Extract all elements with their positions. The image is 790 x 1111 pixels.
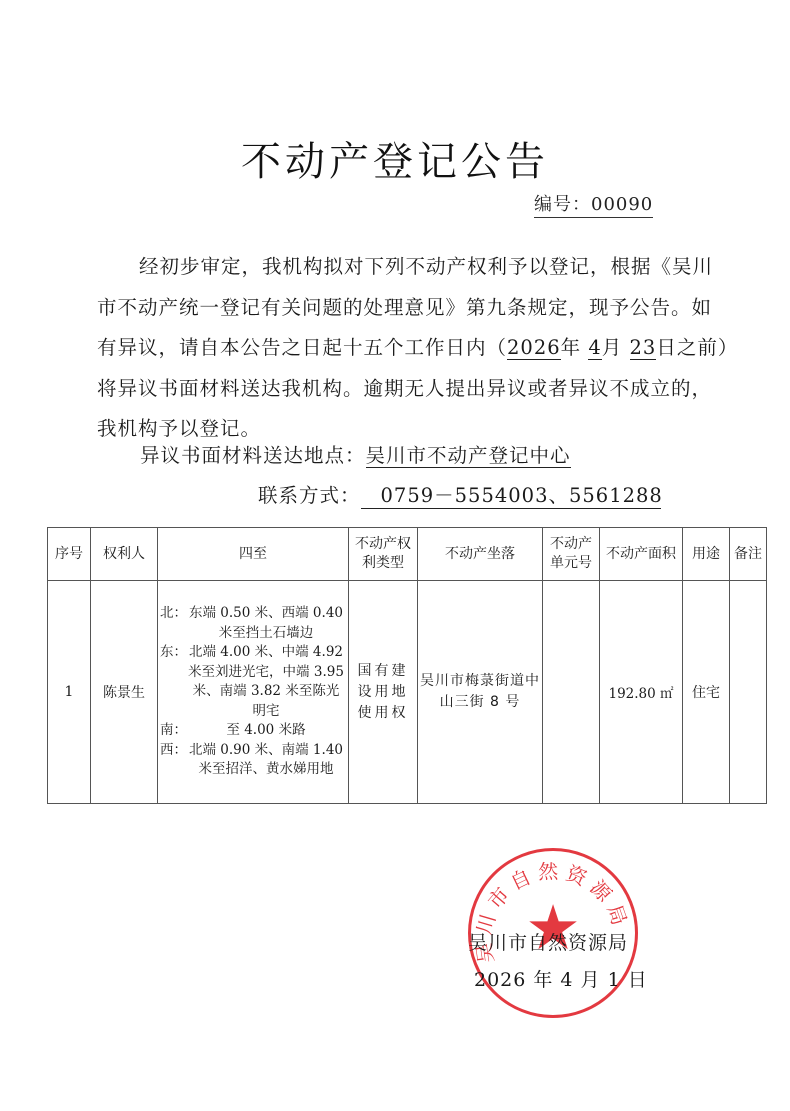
boundary-east-dir: 东： bbox=[160, 643, 186, 721]
body-line-1: 经初步审定，我机构拟对下列不动产权利予以登记，根据《吴川 bbox=[97, 247, 727, 288]
contact-info: 联系方式：0759－5554003、5561288 bbox=[258, 480, 661, 509]
objection-address-value: 吴川市不动产登记中心 bbox=[366, 444, 571, 468]
boundary-north-dir: 北： bbox=[160, 604, 186, 643]
signing-organization: 吴川市自然资源局 bbox=[468, 928, 628, 955]
header-unit-no: 不动产单元号 bbox=[543, 528, 600, 581]
header-note: 备注 bbox=[730, 528, 767, 581]
boundary-east-text: 北端 4.00 米、中端 4.92 米至刘进光宅，中端 3.95 米、南端 3.… bbox=[186, 643, 346, 721]
deadline-month: 4 bbox=[588, 336, 601, 360]
header-right-type-line2: 利类型 bbox=[362, 555, 404, 571]
cell-unit-no bbox=[543, 581, 600, 804]
body-line-3-prefix: 有异议，请自本公告之日起十五个工作日内（ bbox=[97, 336, 507, 359]
boundary-south-dir: 南： bbox=[160, 721, 186, 741]
body-line-2: 市不动产统一登记有关问题的处理意见》第九条规定，现予公告。如 bbox=[97, 288, 727, 329]
month-unit: 月 bbox=[602, 336, 623, 359]
registration-table: 序号 权利人 四至 不动产权利类型 不动产坐落 不动产单元号 不动产面积 用途 … bbox=[47, 527, 767, 804]
header-right-type: 不动产权利类型 bbox=[349, 528, 418, 581]
header-boundaries: 四至 bbox=[158, 528, 349, 581]
header-usage: 用途 bbox=[683, 528, 730, 581]
header-seq: 序号 bbox=[48, 528, 91, 581]
header-area: 不动产面积 bbox=[600, 528, 683, 581]
header-unit-line2: 单元号 bbox=[550, 555, 592, 571]
header-holder: 权利人 bbox=[91, 528, 158, 581]
cell-note bbox=[730, 581, 767, 804]
cell-boundaries: 北：东端 0.50 米、西端 0.40 米至挡土石墙边 东：北端 4.00 米、… bbox=[158, 581, 349, 804]
cell-location: 吴川市梅菉街道中山三街 8 号 bbox=[418, 581, 543, 804]
body-line-3: 有异议，请自本公告之日起十五个工作日内（2026年 4月 23日之前） bbox=[97, 328, 727, 369]
deadline-day: 23 bbox=[630, 336, 657, 360]
boundary-east: 东：北端 4.00 米、中端 4.92 米至刘进光宅，中端 3.95 米、南端 … bbox=[160, 643, 346, 721]
table-row: 1 陈景生 北：东端 0.50 米、西端 0.40 米至挡土石墙边 东：北端 4… bbox=[48, 581, 767, 804]
header-unit-line1: 不动产 bbox=[550, 536, 592, 552]
boundary-south-text: 至 4.00 米路 bbox=[186, 721, 346, 741]
body-line-3-suffix: 日之前） bbox=[656, 336, 738, 359]
table-header-row: 序号 权利人 四至 不动产权利类型 不动产坐落 不动产单元号 不动产面积 用途 … bbox=[48, 528, 767, 581]
boundary-west-text: 北端 0.90 米、南端 1.40 米至招洋、黄水娣用地 bbox=[186, 741, 346, 780]
boundary-north-text: 东端 0.50 米、西端 0.40 米至挡土石墙边 bbox=[186, 604, 346, 643]
contact-label: 联系方式： bbox=[258, 484, 361, 507]
boundary-south: 南：至 4.00 米路 bbox=[160, 721, 346, 741]
document-number: 编号：00090 bbox=[534, 190, 653, 218]
header-right-type-line1: 不动产权 bbox=[355, 536, 411, 552]
year-unit: 年 bbox=[561, 336, 582, 359]
cell-usage: 住宅 bbox=[683, 581, 730, 804]
cell-area: 192.80 ㎡ bbox=[600, 581, 683, 804]
cell-holder: 陈景生 bbox=[91, 581, 158, 804]
objection-address-label: 异议书面材料送达地点： bbox=[140, 444, 366, 467]
contact-value: 0759－5554003、5561288 bbox=[361, 480, 661, 509]
boundary-north: 北：东端 0.50 米、西端 0.40 米至挡土石墙边 bbox=[160, 604, 346, 643]
announcement-body: 经初步审定，我机构拟对下列不动产权利予以登记，根据《吴川 市不动产统一登记有关问… bbox=[97, 247, 727, 450]
deadline-year: 2026 bbox=[507, 336, 561, 360]
cell-seq: 1 bbox=[48, 581, 91, 804]
signing-date: 2026 年 4 月 1 日 bbox=[474, 965, 648, 992]
objection-address: 异议书面材料送达地点：吴川市不动产登记中心 bbox=[140, 440, 571, 468]
boundary-west: 西：北端 0.90 米、南端 1.40 米至招洋、黄水娣用地 bbox=[160, 741, 346, 780]
body-line-4: 将异议书面材料送达我机构。逾期无人提出异议或者异议不成立的， bbox=[97, 369, 727, 410]
header-location: 不动产坐落 bbox=[418, 528, 543, 581]
cell-right-type: 国有建设用地使用权 bbox=[349, 581, 418, 804]
boundary-west-dir: 西： bbox=[160, 741, 186, 780]
document-title: 不动产登记公告 bbox=[0, 130, 790, 187]
